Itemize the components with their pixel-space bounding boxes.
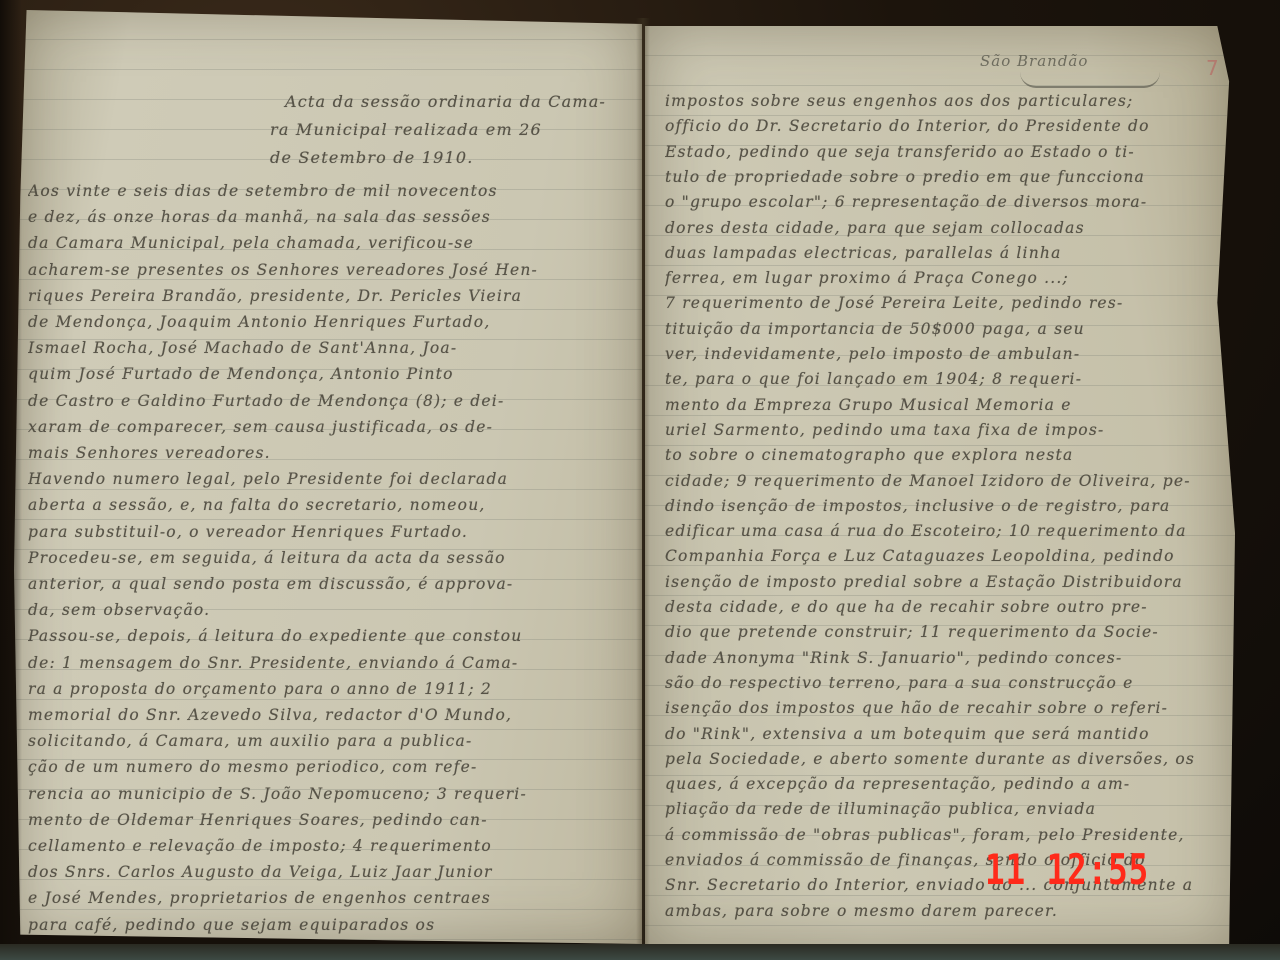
handwritten-line: Havendo numero legal, pelo Presidente fo… (28, 470, 633, 488)
handwritten-line: Procedeu-se, em seguida, á leitura da ac… (28, 549, 633, 567)
handwritten-line: xaram de comparecer, sem causa justifica… (28, 418, 633, 436)
handwritten-line: tituição da importancia de 50$000 paga, … (665, 320, 1235, 338)
handwritten-line: aberta a sessão, e, na falta do secretar… (28, 496, 633, 514)
handwritten-line: edificar uma casa á rua do Escoteiro; 10… (665, 522, 1235, 540)
handwritten-line: to sobre o cinematographo que explora ne… (665, 446, 1235, 464)
handwritten-line: cellamento e relevação de imposto; 4 req… (28, 837, 633, 855)
handwritten-line: ambas, para sobre o mesmo darem parecer. (665, 902, 1235, 920)
handwritten-line: Companhia Força e Luz Cataguazes Leopold… (665, 547, 1235, 565)
handwritten-line: o "grupo escolar"; 6 representação de di… (665, 193, 1235, 211)
handwritten-line: officio do Dr. Secretario do Interior, d… (665, 117, 1235, 135)
handwritten-line: de Mendonça, Joaquim Antonio Henriques F… (28, 313, 633, 331)
handwritten-line: duas lampadas electricas, parallelas á l… (665, 244, 1235, 262)
handwritten-line: do "Rink", extensiva a um botequim que s… (665, 725, 1235, 743)
handwritten-line: pela Sociedade, e aberto somente durante… (665, 750, 1235, 768)
title-line: ra Municipal realizada em 26 (270, 120, 542, 139)
handwritten-line: te, para o que foi lançado em 1904; 8 re… (665, 370, 1235, 388)
handwritten-line: impostos sobre seus engenhos aos dos par… (665, 92, 1235, 110)
handwritten-line: dio que pretende construir; 11 requerime… (665, 623, 1235, 641)
handwritten-line: riques Pereira Brandão, presidente, Dr. … (28, 287, 633, 305)
handwritten-line: mais Senhores vereadores. (28, 444, 633, 462)
handwritten-line: rencia ao municipio de S. João Nepomucen… (28, 785, 633, 803)
handwritten-line: dores desta cidade, para que sejam collo… (665, 219, 1235, 237)
page-number-mark: 7 (1206, 56, 1224, 82)
handwritten-line: Snr. Secretario do Interior, enviado ao … (665, 876, 1235, 894)
title-line: Acta da sessão ordinaria da Cama- (285, 92, 606, 111)
handwritten-line: e José Mendes, proprietarios de engenhos… (28, 889, 633, 907)
handwritten-line: ra a proposta do orçamento para o anno d… (28, 680, 633, 698)
handwritten-line: anterior, a qual sendo posta em discussã… (28, 575, 633, 593)
handwritten-line: ver, indevidamente, pelo imposto de ambu… (665, 345, 1235, 363)
page-header-annotation: São Brandão (980, 52, 1088, 70)
handwritten-line: para substituil-o, o vereador Henriques … (28, 523, 633, 541)
handwritten-line: pliação da rede de illuminação publica, … (665, 800, 1235, 818)
handwritten-line: cidade; 9 requerimento de Manoel Izidoro… (665, 472, 1235, 490)
handwritten-line: de Castro e Galdino Furtado de Mendonça … (28, 392, 633, 410)
handwritten-line: enviados á commissão de finanças, sendo … (665, 851, 1235, 869)
handwritten-line: dos Snrs. Carlos Augusto da Veiga, Luiz … (28, 863, 633, 881)
handwritten-line: da Camara Municipal, pela chamada, verif… (28, 234, 633, 252)
background-shadow (0, 0, 22, 960)
handwritten-line: de: 1 mensagem do Snr. Presidente, envia… (28, 654, 633, 672)
handwritten-line: isenção dos impostos que hão de recahir … (665, 699, 1235, 717)
handwritten-line: da, sem observação. (28, 601, 633, 619)
handwritten-line: quaes, á excepção da representação, pedi… (665, 775, 1235, 793)
handwritten-line: para café, pedindo que sejam equiparados… (28, 916, 633, 934)
open-ledger-book: Acta da sessão ordinaria da Cama- ra Mun… (0, 0, 1280, 960)
handwritten-line: dindo isenção de impostos, inclusive o d… (665, 497, 1235, 515)
handwritten-line: solicitando, á Camara, um auxilio para a… (28, 732, 633, 750)
handwritten-line: ção de um numero do mesmo periodico, com… (28, 758, 633, 776)
handwritten-line: são do respectivo terreno, para a sua co… (665, 674, 1235, 692)
camera-timestamp: 11 12:55 (985, 845, 1149, 894)
table-surface (0, 944, 1280, 960)
annotation-flourish (1020, 72, 1160, 88)
handwritten-line: e dez, ás onze horas da manhã, na sala d… (28, 208, 633, 226)
handwritten-line: acharem-se presentes os Senhores vereado… (28, 261, 633, 279)
handwritten-line: uriel Sarmento, pedindo uma taxa fixa de… (665, 421, 1235, 439)
handwritten-line: desta cidade, e do que ha de recahir sob… (665, 598, 1235, 616)
handwritten-line: Ismael Rocha, José Machado de Sant'Anna,… (28, 339, 633, 357)
handwritten-line: isenção de imposto predial sobre a Estaç… (665, 573, 1235, 591)
handwritten-line: 7 requerimento de José Pereira Leite, pe… (665, 294, 1235, 312)
handwritten-line: memorial do Snr. Azevedo Silva, redactor… (28, 706, 633, 724)
handwritten-line: Passou-se, depois, á leitura do expedien… (28, 627, 633, 645)
book-spine (636, 18, 650, 948)
handwritten-line: tulo de propriedade sobre o predio em qu… (665, 168, 1235, 186)
title-line: de Setembro de 1910. (270, 148, 474, 167)
handwritten-line: Aos vinte e seis dias de setembro de mil… (28, 182, 633, 200)
handwritten-line: ferrea, em lugar proximo á Praça Conego … (665, 269, 1235, 287)
handwritten-line: mento da Empreza Grupo Musical Memoria e (665, 396, 1235, 414)
handwritten-line: á commissão de "obras publicas", foram, … (665, 826, 1235, 844)
handwritten-line: quim José Furtado de Mendonça, Antonio P… (28, 365, 633, 383)
handwritten-line: dade Anonyma "Rink S. Januario", pedindo… (665, 649, 1235, 667)
handwritten-line: mento de Oldemar Henriques Soares, pedin… (28, 811, 633, 829)
handwritten-line: Estado, pedindo que seja transferido ao … (665, 143, 1235, 161)
